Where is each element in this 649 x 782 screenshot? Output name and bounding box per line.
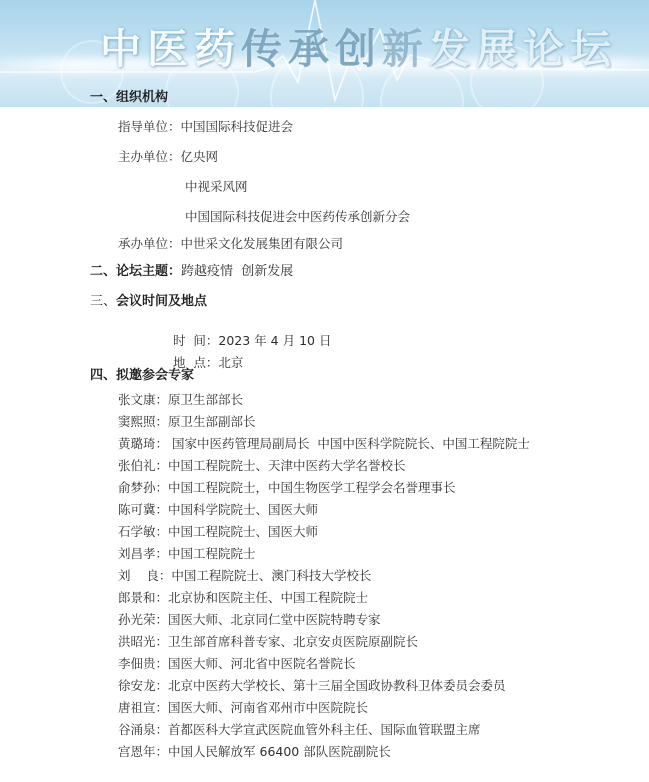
expert-name: 谷涌泉：: [118, 722, 168, 737]
expert-title: 中国工程院院士、天津中医药大学名誉校长: [168, 458, 406, 473]
expert-row: 俞梦孙：中国工程院院士，中国生物医学工程学会名誉理事长: [118, 478, 456, 496]
expert-row: 窦熙照：原卫生部副部长: [118, 412, 256, 430]
expert-name: 洪昭光：: [118, 634, 168, 649]
section-heading-theme: 论坛主题：: [116, 264, 181, 279]
expert-name: 刘昌孝：: [118, 546, 168, 561]
expert-row: 张文康：原卫生部部长: [118, 390, 243, 408]
section-prefix: 二、: [90, 264, 116, 279]
title-text: 新: [382, 25, 429, 73]
row-label: 主办单位：: [118, 147, 181, 165]
theme-value: 跨越疫情 创新发展: [181, 264, 293, 279]
row-value: 北京: [218, 355, 243, 370]
expert-row: 刘 良：中国工程院院士、澳门科技大学校长: [118, 566, 371, 584]
row-value: 中国国际科技促进会: [181, 117, 294, 135]
expert-name: 张伯礼：: [118, 458, 168, 473]
expert-title: 首都医科大学宣武医院血管外科主任、国际血管联盟主席: [168, 722, 481, 737]
section-heading-experts: 四、拟邀参会专家: [90, 364, 194, 383]
expert-title: 中国工程院院士、国医大师: [168, 524, 318, 539]
section-prefix: 四、: [90, 368, 116, 383]
org-row: 中视采风网: [185, 177, 248, 195]
expert-name: 刘 良：: [118, 568, 171, 583]
section-heading-time-location: 三、会议时间及地点: [90, 290, 207, 309]
expert-name: 郎景和：: [118, 590, 168, 605]
expert-name: 张文康：: [118, 392, 168, 407]
expert-name: 唐祖宣：: [118, 700, 168, 715]
banner-title: 中医药传承创新发展论坛: [100, 16, 560, 75]
expert-row: 石学敏：中国工程院院士、国医大师: [118, 522, 318, 540]
row-label: 指导单位：: [118, 117, 181, 135]
expert-row: 徐安龙：北京中医药大学校长、第十三届全国政协教科卫体委员会委员: [118, 676, 506, 694]
expert-title: 中国工程院院士，中国生物医学工程学会名誉理事长: [168, 480, 456, 495]
expert-title: 卫生部首席科普专家、北京安贞医院原副院长: [168, 634, 418, 649]
title-text: 传承创: [241, 25, 382, 73]
expert-title: 中国科学院院士、国医大师: [168, 502, 318, 517]
expert-name: 石学敏：: [118, 524, 168, 539]
expert-title: 国医大师、河南省邓州市中医院院长: [168, 700, 368, 715]
expert-row: 李佃贵：国医大师、河北省中医院名誉院长: [118, 654, 356, 672]
expert-name: 徐安龙：: [118, 678, 168, 693]
section-theme: 二、论坛主题：跨越疫情 创新发展: [90, 260, 293, 279]
expert-title: 国医大师、北京同仁堂中医院特聘专家: [168, 612, 381, 627]
expert-row: 张伯礼：中国工程院院士、天津中医药大学名誉校长: [118, 456, 406, 474]
org-row: 主办单位：亿央网: [118, 147, 218, 165]
expert-name: 宫恩年：: [118, 744, 168, 759]
row-label: 承办单位：: [118, 234, 181, 252]
expert-row: 唐祖宣：国医大师、河南省邓州市中医院院长: [118, 698, 368, 716]
expert-name: 陈可冀：: [118, 502, 168, 517]
expert-row: 黄璐琦： 国家中医药管理局副局长 中国中医科学院院长、中国工程院院士: [118, 434, 530, 452]
title-text: 发展论坛: [429, 25, 617, 73]
expert-row: 洪昭光：卫生部首席科普专家、北京安贞医院原副院长: [118, 632, 418, 650]
section-heading-organization: 一、组织机构: [90, 86, 168, 105]
section-heading-text: 拟邀参会专家: [116, 368, 194, 383]
row-value: 亿央网: [181, 147, 219, 165]
expert-name: 李佃贵：: [118, 656, 168, 671]
expert-name: 孙光荣：: [118, 612, 168, 627]
expert-row: 宫恩年：中国人民解放军 66400 部队医院副院长: [118, 742, 391, 760]
expert-title: 原卫生部副部长: [168, 414, 256, 429]
section-prefix: 三、: [90, 294, 116, 309]
expert-title: 原卫生部部长: [168, 392, 243, 407]
row-value: 中国国际科技促进会中医药传承创新分会: [185, 207, 410, 225]
expert-row: 谷涌泉：首都医科大学宣武医院血管外科主任、国际血管联盟主席: [118, 720, 481, 738]
org-row: 中国国际科技促进会中医药传承创新分会: [185, 207, 410, 225]
row-value: 中世采文化发展集团有限公司: [181, 234, 344, 252]
section-heading-text: 会议时间及地点: [116, 294, 207, 309]
expert-name: 黄璐琦：: [118, 436, 168, 451]
expert-title: 中国工程院院士、澳门科技大学校长: [171, 568, 371, 583]
org-row: 承办单位：中世采文化发展集团有限公司: [118, 234, 343, 252]
expert-title: 中国人民解放军 66400 部队医院副院长: [168, 744, 391, 759]
title-text: 中医药: [100, 25, 241, 73]
expert-title: 北京协和医院主任、中国工程院院士: [168, 590, 368, 605]
expert-title: 中国工程院院士: [168, 546, 256, 561]
expert-row: 陈可冀：中国科学院院士、国医大师: [118, 500, 318, 518]
expert-name: 窦熙照：: [118, 414, 168, 429]
org-row: 指导单位：中国国际科技促进会: [118, 117, 293, 135]
expert-title: 国医大师、河北省中医院名誉院长: [168, 656, 356, 671]
expert-row: 刘昌孝：中国工程院院士: [118, 544, 256, 562]
expert-name: 俞梦孙：: [118, 480, 168, 495]
row-value: 中视采风网: [185, 177, 248, 195]
expert-title: 国家中医药管理局副局长 中国中医科学院院长、中国工程院院士: [168, 436, 530, 451]
header-banner: 中医药传承创新发展论坛 一、组织机构: [0, 0, 649, 107]
expert-row: 郎景和：北京协和医院主任、中国工程院院士: [118, 588, 368, 606]
expert-title: 北京中医药大学校长、第十三届全国政协教科卫体委员会委员: [168, 678, 506, 693]
expert-row: 孙光荣：国医大师、北京同仁堂中医院特聘专家: [118, 610, 381, 628]
